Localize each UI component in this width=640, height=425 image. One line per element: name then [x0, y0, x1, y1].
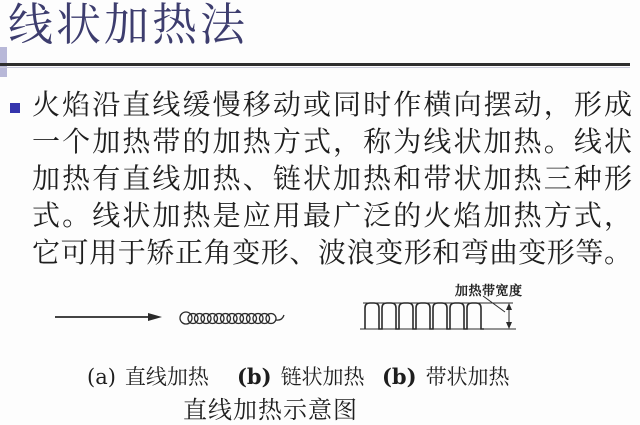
title-underline-shadow: [0, 67, 630, 68]
title-accent-square: [0, 47, 7, 77]
slide-title: 线状加热法: [8, 0, 248, 50]
bullet-square-icon: [10, 103, 20, 113]
heating-diagrams: [0, 275, 640, 365]
caption-straight-line: (a)直线加热: [87, 361, 209, 391]
caption-prefix: (a): [87, 365, 116, 389]
presentation-slide: 线状加热法 火焰沿直线缓慢移动或同时作横向摆动，形成 一个加热带的加热方式，称为…: [0, 0, 640, 425]
figure-title: 直线加热示意图: [183, 390, 358, 425]
chain-heating-coil-diagram: [180, 312, 284, 324]
caption-band-heating: (b)带状加热: [382, 361, 510, 391]
body-paragraph: 火焰沿直线缓慢移动或同时作横向摆动，形成 一个加热带的加热方式，称为线状加热。线…: [32, 86, 632, 271]
paragraph-line: 一个加热带的加热方式，称为线状加热。线状: [32, 123, 632, 160]
caption-label: 带状加热: [426, 365, 510, 389]
band-width-measure-arrow: [506, 303, 512, 329]
caption-prefix: (b): [382, 364, 417, 389]
caption-prefix: (b): [237, 364, 272, 389]
caption-label: 直线加热: [125, 365, 209, 389]
paragraph-line: 式。线状加热是应用最广泛的火焰加热方式，: [32, 197, 632, 234]
paragraph-line: 火焰沿直线缓慢移动或同时作横向摆动，形成: [32, 86, 632, 123]
caption-chain-heating: (b)链状加热: [237, 361, 365, 391]
title-underline: [0, 63, 630, 66]
straight-line-arrow-diagram: [55, 313, 162, 321]
band-heating-diagram: [360, 296, 516, 329]
band-width-label: 加热带宽度: [455, 280, 523, 299]
paragraph-line: 它可用于矫正角变形、波浪变形和弯曲变形等。: [32, 234, 632, 271]
caption-label: 链状加热: [281, 365, 365, 389]
paragraph-line: 加热有直线加热、链状加热和带状加热三种形: [32, 160, 632, 197]
